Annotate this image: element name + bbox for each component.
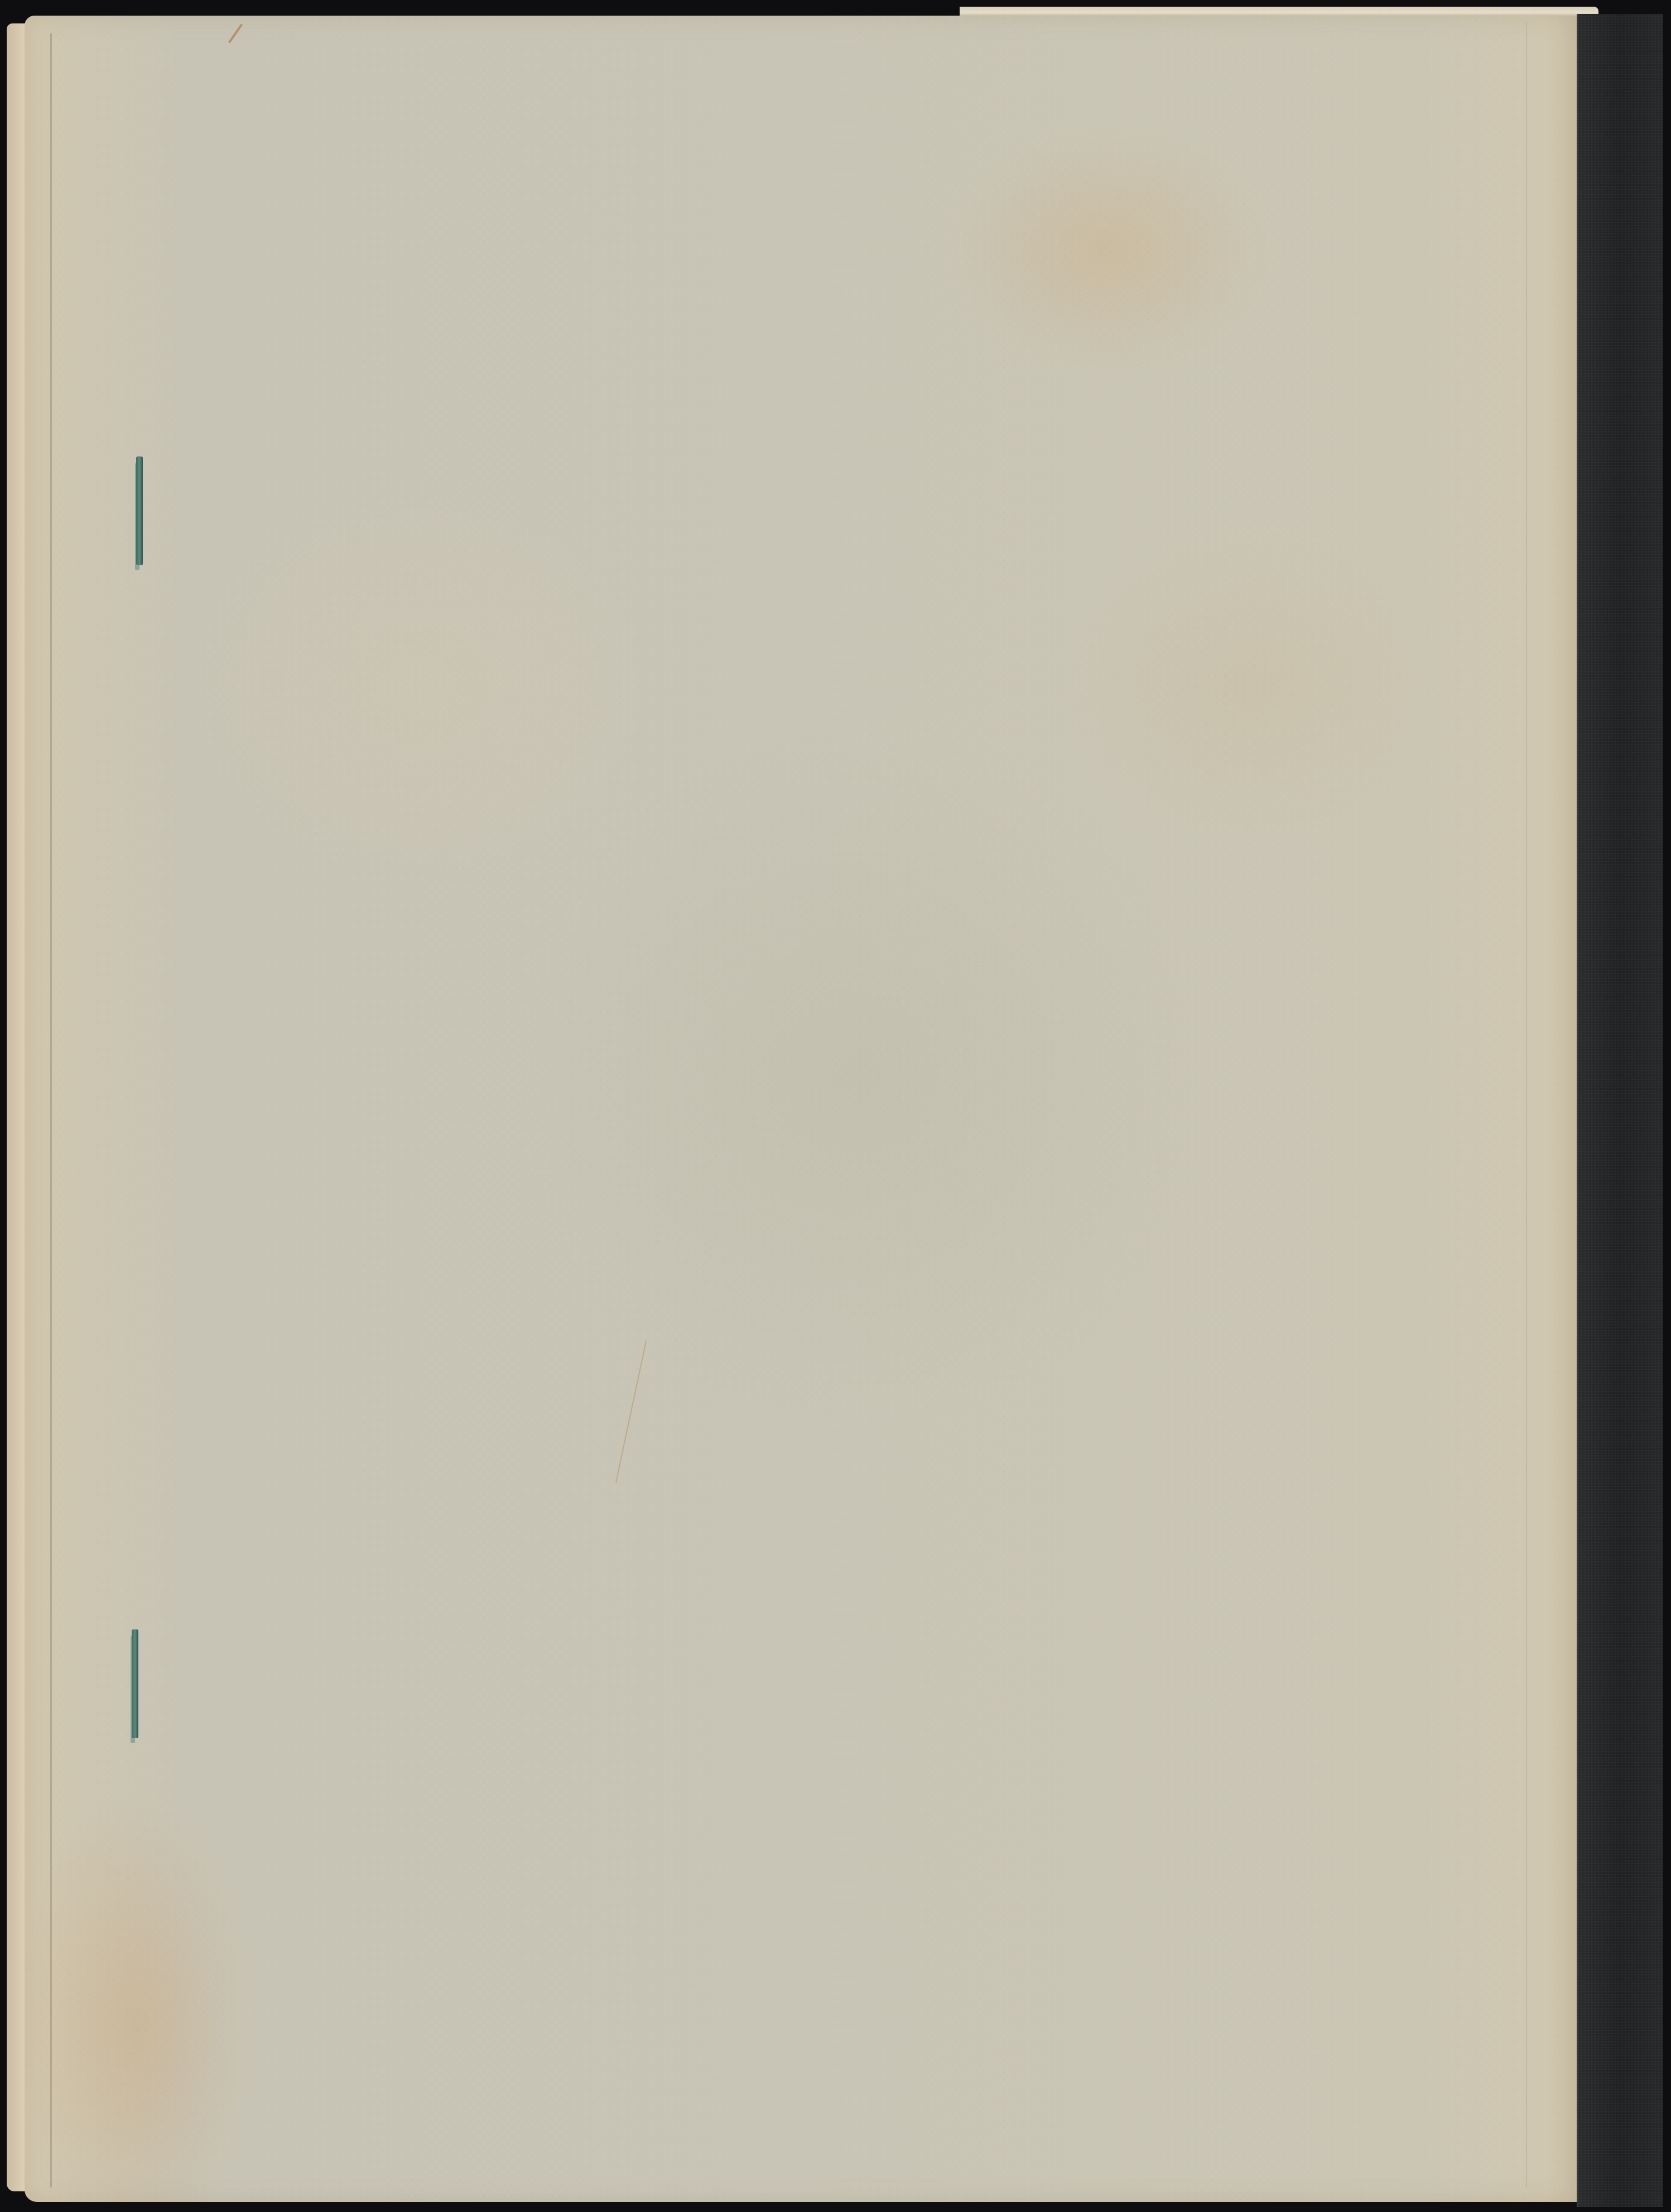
lower-thread-stitch-icon <box>132 1629 138 1738</box>
cover-board <box>25 16 1577 2202</box>
cover-fold-line-left <box>50 33 52 2187</box>
cloth-spine <box>1577 14 1663 2207</box>
cover-fold-line-right <box>1526 22 1527 2187</box>
upper-thread-stitch-icon <box>136 456 143 565</box>
